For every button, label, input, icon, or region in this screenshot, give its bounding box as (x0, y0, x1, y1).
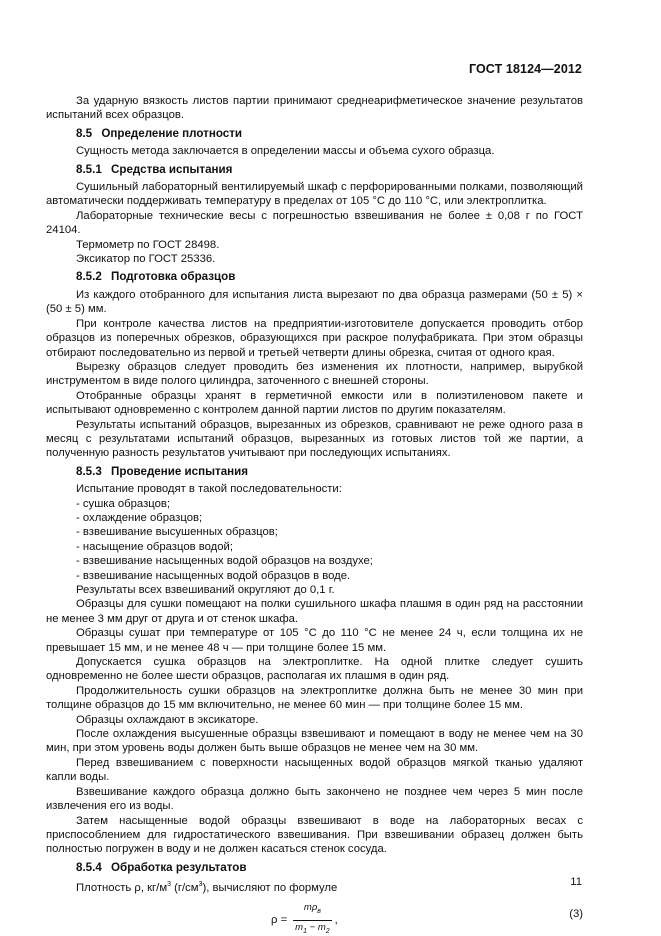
lead-text: (г/см (171, 882, 199, 894)
procedure-step: - взвешивание насыщенных водой образцов … (46, 569, 583, 583)
paragraph: Сушильный лабораторный вентилируемый шка… (46, 180, 583, 209)
section-number: 8.5 (76, 127, 92, 140)
paragraph: Допускается сушка образцов на электропли… (46, 655, 583, 684)
paragraph: Лабораторные технические весы с погрешно… (46, 209, 583, 238)
procedure-lead: Испытание проводят в такой последователь… (46, 482, 583, 496)
numerator-text: mρ (304, 902, 317, 913)
page-number: 11 (570, 876, 582, 888)
document-code-header: ГОСТ 18124—2012 (469, 62, 582, 76)
paragraph: Образцы для сушки помещают на полки суши… (46, 597, 583, 626)
paragraph: Взвешивание каждого образца должно быть … (46, 785, 583, 814)
section-title: Средства испытания (111, 163, 232, 176)
section-heading-8-5: 8.5 Определение плотности (46, 127, 583, 141)
section-heading-8-5-2: 8.5.2 Подготовка образцов (46, 270, 583, 284)
section-number: 8.5.1 (76, 163, 102, 176)
section-number: 8.5.4 (76, 861, 102, 874)
paragraph: Результаты испытаний образцов, вырезанны… (46, 418, 583, 461)
equation-number: (3) (569, 907, 583, 921)
subscript: 2 (326, 927, 330, 934)
denominator-term: m (318, 922, 326, 933)
fraction-denominator: m1 − m2 (293, 921, 331, 936)
paragraph: Отобранные образцы хранят в герметичной … (46, 389, 583, 418)
section-title: Проведение испытания (111, 465, 248, 478)
formula-lead: Плотность ρ, кг/м3 (г/см3), вычисляют по… (46, 878, 583, 895)
procedure-step: - насыщение образцов водой; (46, 540, 583, 554)
paragraph: Образцы сушат при температуре от 105 °С … (46, 626, 583, 655)
minus-operator: − (307, 922, 318, 933)
paragraph: Вырезку образцов следует проводить без и… (46, 360, 583, 389)
section-title: Подготовка образцов (111, 270, 235, 283)
paragraph: Сущность метода заключается в определени… (46, 144, 583, 158)
fraction: mρв m1 − m2 (293, 901, 331, 936)
paragraph: После охлаждения высушенные образцы взве… (46, 727, 583, 756)
document-body: За ударную вязкость листов партии приним… (46, 94, 583, 935)
formula-comma: , (335, 913, 338, 927)
density-formula: ρ = mρв m1 − m2 , (271, 901, 338, 936)
rounding-note: Результаты всех взвешиваний округляют до… (46, 583, 583, 597)
section-number: 8.5.2 (76, 270, 102, 283)
paragraph: Термометр по ГОСТ 28498. (46, 238, 583, 252)
subscript: в (317, 908, 321, 915)
procedure-step: - охлаждение образцов; (46, 511, 583, 525)
section-heading-8-5-1: 8.5.1 Средства испытания (46, 163, 583, 177)
paragraph: Затем насыщенные водой образцы взвешиваю… (46, 814, 583, 857)
intro-paragraph: За ударную вязкость листов партии приним… (46, 94, 583, 123)
lead-text: ), вычисляют по формуле (202, 882, 337, 894)
section-heading-8-5-4: 8.5.4 Обработка результатов (46, 861, 583, 875)
paragraph: Перед взвешиванием с поверхности насыщен… (46, 756, 583, 785)
density-formula-row: ρ = mρв m1 − m2 , (3) (46, 901, 583, 935)
fraction-numerator: mρв (302, 901, 323, 919)
procedure-step: - взвешивание высушенных образцов; (46, 525, 583, 539)
section-heading-8-5-3: 8.5.3 Проведение испытания (46, 465, 583, 479)
paragraph: Продолжительность сушки образцов на элек… (46, 684, 583, 713)
section-title: Определение плотности (101, 127, 242, 140)
denominator-term: m (295, 922, 303, 933)
paragraph: Эксикатор по ГОСТ 25336. (46, 252, 583, 266)
procedure-step: - сушка образцов; (46, 497, 583, 511)
formula-lhs: ρ = (271, 913, 287, 927)
section-number: 8.5.3 (76, 465, 102, 478)
section-title: Обработка результатов (111, 861, 246, 874)
procedure-step: - взвешивание насыщенных водой образцов … (46, 554, 583, 568)
lead-text: Плотность ρ, кг/м (76, 882, 167, 894)
paragraph: Из каждого отобранного для испытания лис… (46, 288, 583, 317)
paragraph: При контроле качества листов на предприя… (46, 317, 583, 360)
paragraph: Образцы охлаждают в эксикаторе. (46, 713, 583, 727)
